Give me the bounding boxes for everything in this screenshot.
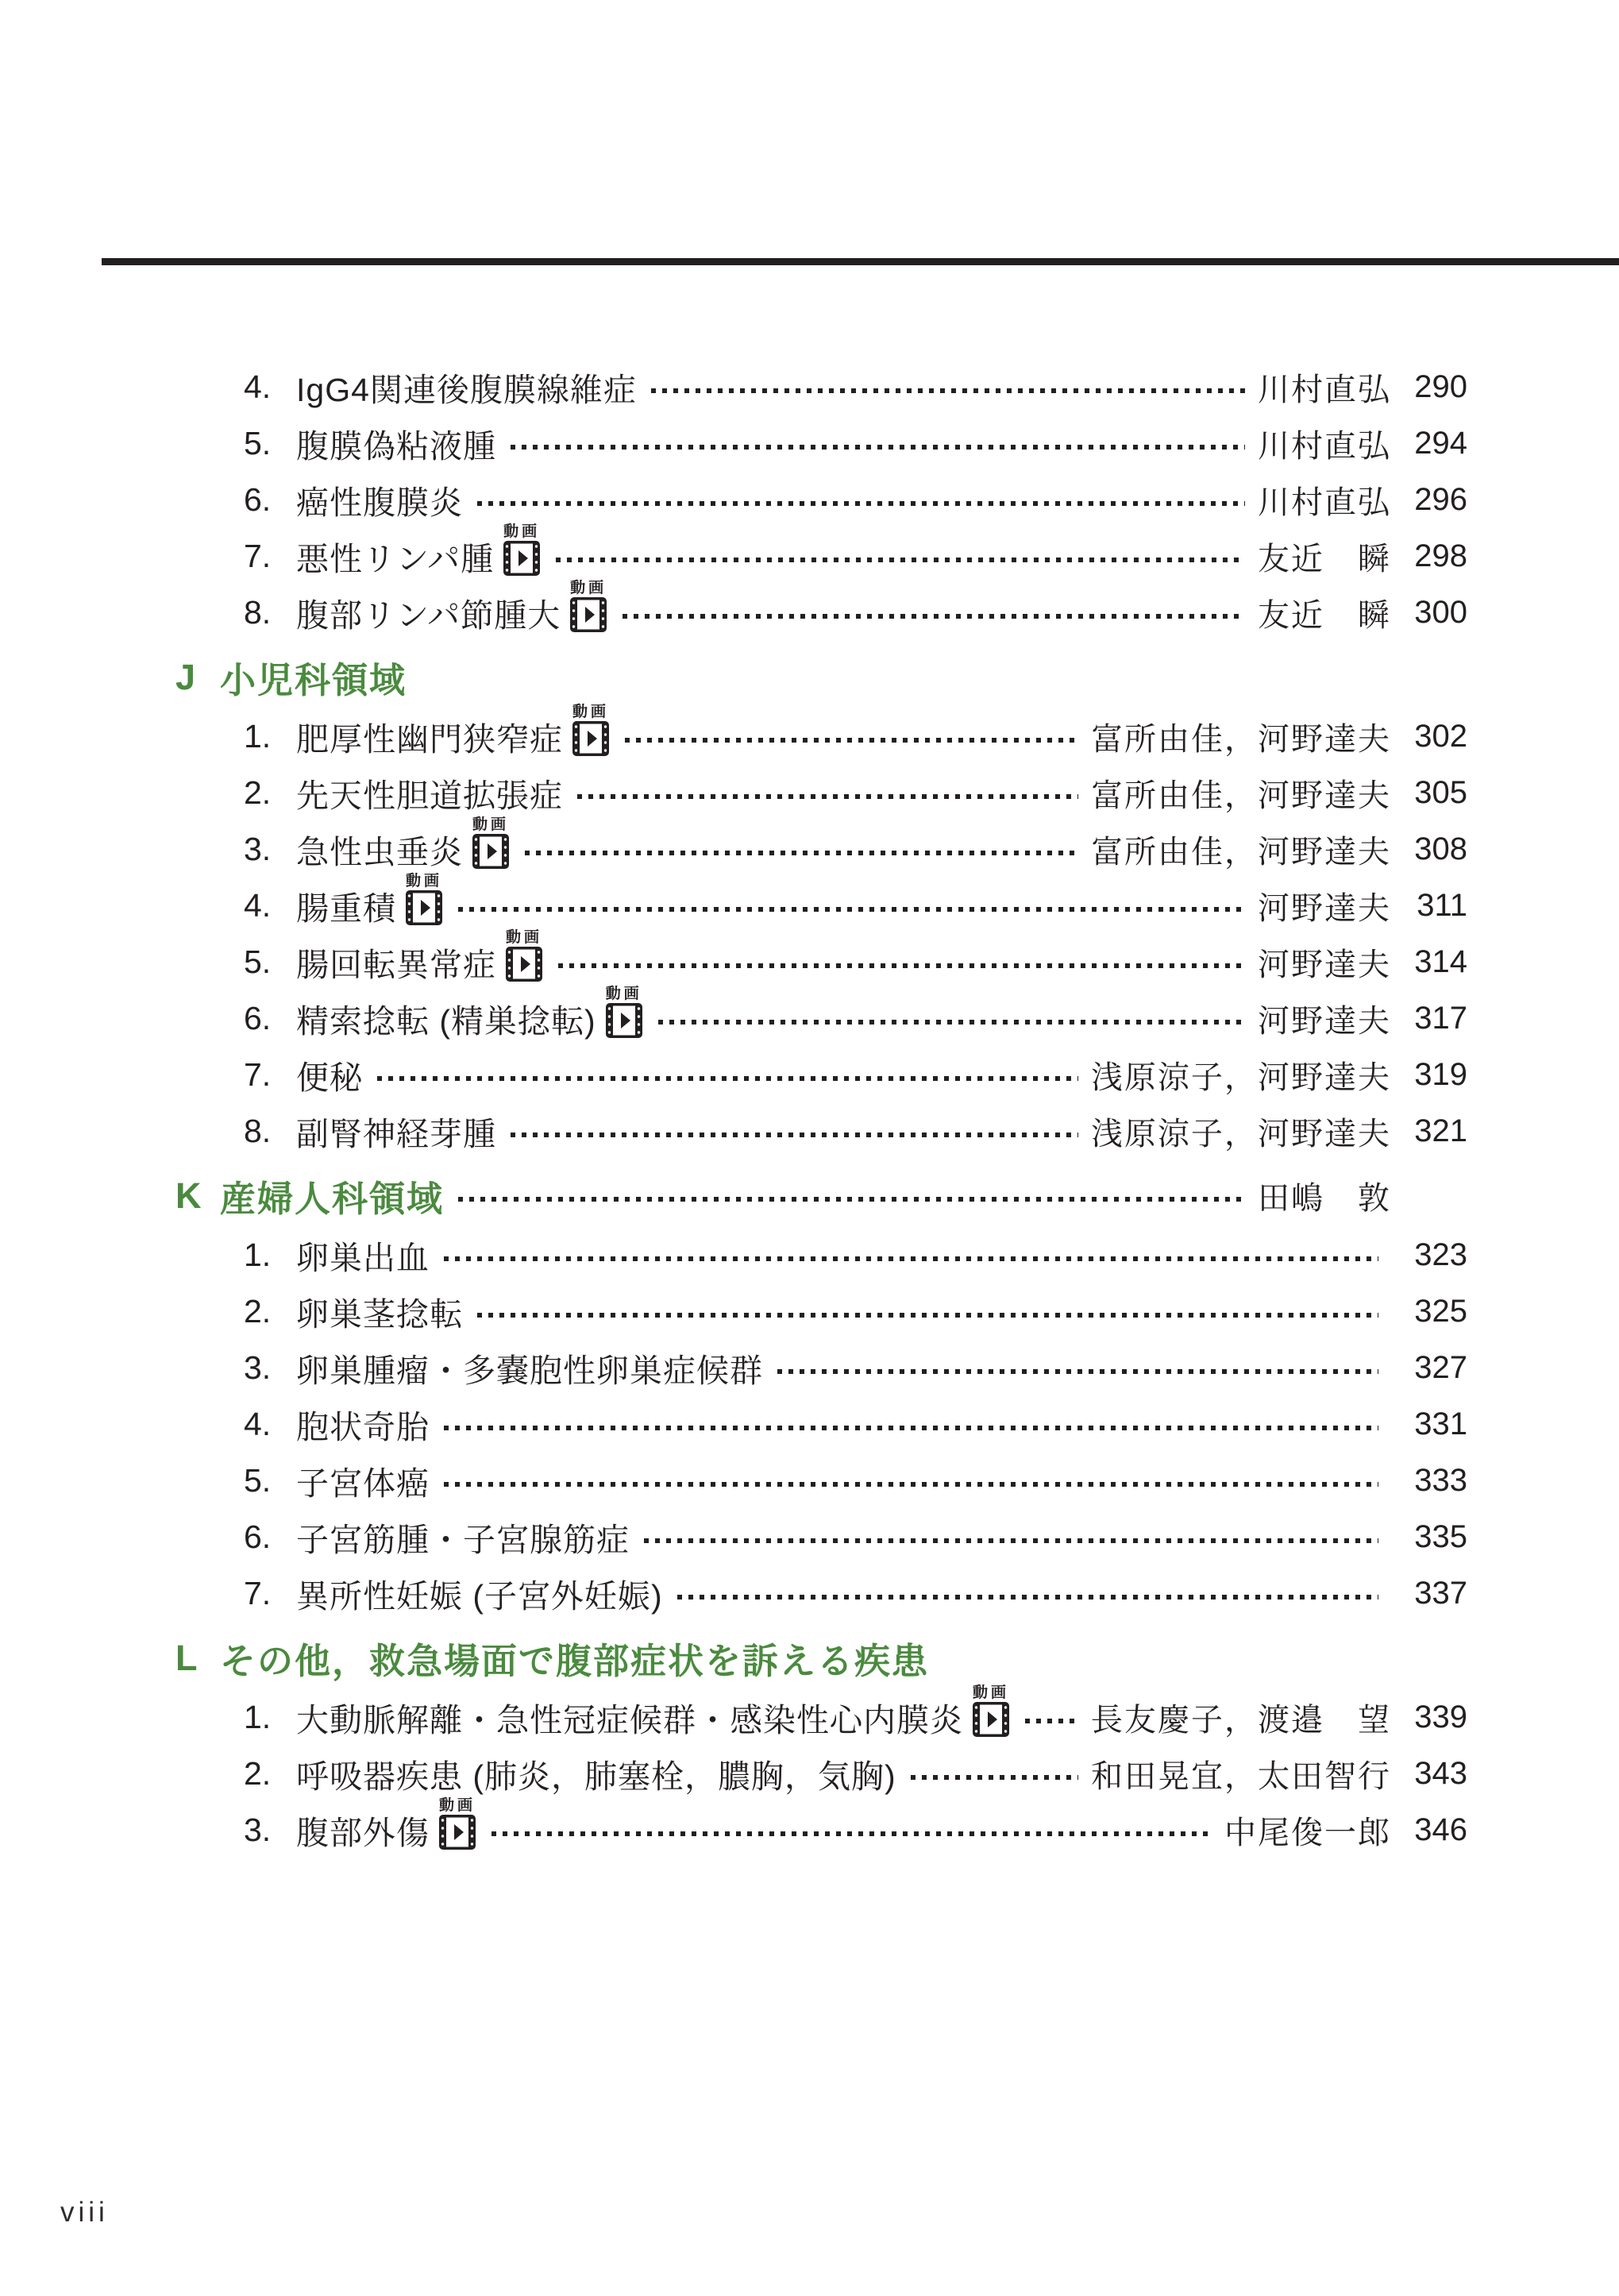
toc-item: 6. 精索捻転 (精巣捻転) 動画 河野達夫 317 [175,990,1467,1047]
dot-leader [644,1538,1378,1543]
item-title: 腹部外傷 [296,1807,430,1854]
item-page-number: 331 [1391,1407,1467,1442]
dot-leader [444,1256,1378,1261]
item-page-number: 317 [1391,1001,1467,1036]
item-authors: 河野達夫 [1258,883,1391,928]
item-title: 急性虫垂炎 [296,826,463,873]
video-icon-label: 動画 [439,1798,476,1813]
item-page-number: 290 [1391,369,1467,405]
toc-section-header: K 産婦人科領域 田嶋 敦 [175,1167,1467,1224]
film-frame-icon [439,1815,476,1850]
item-authors: 長友慶子，渡邉 望 [1091,1695,1391,1740]
video-icon-label: 動画 [472,817,509,832]
film-frame-icon [570,597,607,632]
toc-item: 1. 肥厚性幽門狭窄症 動画 富所由佳，河野達夫 302 [175,708,1467,765]
film-frame-icon [973,1702,1009,1737]
item-page-number: 300 [1391,595,1467,631]
toc-item: 7. 便秘 浅原涼子，河野達夫 319 [175,1047,1467,1103]
toc-section-header: J 小児科領域 [175,649,1467,705]
dot-leader [477,501,1245,506]
dot-leader [525,851,1078,855]
toc-page: { "page": { "folio": "viii", "video_badg… [0,0,1619,2296]
toc-item: 7. 悪性リンパ腫 動画 友近 瞬 298 [175,528,1467,585]
item-number: 2. [244,774,296,812]
video-icon-label: 動画 [606,986,642,1001]
item-number: 4. [244,369,296,406]
item-number: 6. [244,1518,296,1556]
toc-item: 2. 先天性胆道拡張症 富所由佳，河野達夫 305 [175,765,1467,821]
item-title: 肥厚性幽門狭窄症 [296,713,563,760]
toc-item: 4. IgG4関連後腹膜線維症 川村直弘 290 [175,359,1467,415]
dot-leader [458,907,1245,912]
item-page-number: 346 [1391,1812,1467,1848]
dot-leader [511,1133,1078,1137]
item-title: 先天性胆道拡張症 [296,770,563,816]
toc-item: 4. 胞状奇胎 331 [175,1396,1467,1453]
item-title: 卵巣出血 [296,1232,430,1279]
item-title: 卵巣腫瘤・多嚢胞性卵巣症候群 [296,1345,763,1391]
video-icon: 動画 [406,874,442,925]
item-number: 1. [244,1699,296,1736]
item-page-number: 308 [1391,832,1467,867]
item-page-number: 311 [1391,888,1467,924]
section-letter: K [175,1175,220,1217]
item-number: 1. [244,718,296,755]
video-icon: 動画 [503,524,540,576]
section-title: 小児科領域 [220,651,407,703]
film-frame-icon [606,1003,642,1038]
film-frame-icon [506,947,542,982]
video-icon: 動画 [472,817,509,869]
dot-leader [511,445,1245,450]
item-authors: 富所由佳，河野達夫 [1091,827,1391,872]
item-number: 5. [244,943,296,981]
dot-leader [377,1076,1078,1081]
item-authors: 富所由佳，河野達夫 [1091,714,1391,759]
item-title: 異所性妊娠 (子宮外妊娠) [296,1570,663,1617]
item-title: 副腎神経芽腫 [296,1108,496,1155]
item-number: 8. [244,1113,296,1150]
item-title: 便秘 [296,1052,363,1098]
item-number: 5. [244,425,296,462]
item-authors: 和田晃宜，太田智行 [1091,1751,1391,1796]
toc-item: 8. 腹部リンパ節腫大 動画 友近 瞬 300 [175,585,1467,641]
toc-item: 3. 腹部外傷 動画 中尾俊一郎 346 [175,1802,1467,1858]
section-letter: L [175,1638,220,1679]
item-title: 子宮体癌 [296,1457,430,1504]
item-number: 1. [244,1237,296,1274]
video-icon: 動画 [506,930,542,982]
item-page-number: 294 [1391,426,1467,461]
dot-leader [477,1313,1378,1318]
item-title: IgG4関連後腹膜線維症 [296,364,637,411]
toc-item: 5. 子宮体癌 333 [175,1453,1467,1509]
film-frame-icon [572,721,609,756]
item-number: 4. [244,1406,296,1443]
item-page-number: 302 [1391,719,1467,754]
page-folio: viii [60,2197,109,2228]
toc-item: 5. 腹膜偽粘液腫 川村直弘 294 [175,415,1467,472]
item-number: 6. [244,481,296,519]
video-icon: 動画 [973,1685,1009,1737]
item-number: 3. [244,1812,296,1849]
item-number: 3. [244,831,296,868]
item-authors: 浅原涼子，河野達夫 [1091,1052,1391,1098]
item-page-number: 339 [1391,1700,1467,1735]
item-number: 7. [244,1056,296,1094]
video-icon: 動画 [606,986,642,1038]
item-number: 3. [244,1349,296,1387]
item-title: 呼吸器疾患 (肺炎，肺塞栓，膿胸，気胸) [296,1750,896,1797]
toc-item: 3. 急性虫垂炎 動画 富所由佳，河野達夫 308 [175,821,1467,878]
item-number: 2. [244,1755,296,1792]
film-frame-icon [406,890,442,925]
item-authors: 中尾俊一郎 [1224,1808,1391,1853]
video-icon-label: 動画 [506,930,542,945]
item-page-number: 314 [1391,944,1467,980]
toc-item: 5. 腸回転異常症 動画 河野達夫 314 [175,934,1467,990]
item-title: 腸重積 [296,882,396,929]
dot-leader [1025,1719,1078,1723]
item-page-number: 305 [1391,775,1467,811]
video-icon: 動画 [572,704,609,756]
item-page-number: 323 [1391,1237,1467,1273]
item-authors: 富所由佳，河野達夫 [1091,770,1391,816]
video-icon: 動画 [570,581,607,632]
toc-item: 6. 癌性腹膜炎 川村直弘 296 [175,472,1467,528]
item-page-number: 298 [1391,538,1467,574]
toc-item: 1. 大動脈解離・急性冠症候群・感染性心内膜炎 動画 長友慶子，渡邉 望 339 [175,1689,1467,1746]
toc-item: 3. 卵巣腫瘤・多嚢胞性卵巣症候群 327 [175,1340,1467,1396]
item-page-number: 333 [1391,1463,1467,1499]
item-page-number: 327 [1391,1350,1467,1386]
dot-leader [658,1020,1245,1025]
item-title: 子宮筋腫・子宮腺筋症 [296,1514,630,1561]
section-title: その他，救急場面で腹部症状を訴える疾患 [220,1632,929,1684]
item-number: 2. [244,1293,296,1330]
dot-leader [458,1197,1245,1202]
item-page-number: 325 [1391,1294,1467,1329]
film-frame-icon [503,541,540,576]
item-page-number: 337 [1391,1576,1467,1611]
page-top-rule [102,258,1619,265]
film-frame-icon [472,834,509,869]
dot-leader [558,963,1245,968]
dot-leader [444,1426,1378,1430]
item-page-number: 321 [1391,1113,1467,1149]
dot-leader [623,614,1245,619]
item-page-number: 296 [1391,482,1467,518]
item-authors: 川村直弘 [1258,365,1391,410]
video-icon-label: 動画 [406,874,442,889]
dot-leader [491,1831,1212,1836]
item-number: 4. [244,887,296,924]
toc-item: 6. 子宮筋腫・子宮腺筋症 335 [175,1509,1467,1565]
dot-leader [911,1775,1078,1780]
item-authors: 友近 瞬 [1258,534,1391,579]
dot-leader [577,794,1078,799]
item-number: 7. [244,538,296,575]
item-title: 胞状奇胎 [296,1401,430,1448]
item-number: 7. [244,1575,296,1612]
video-icon-label: 動画 [572,704,609,720]
toc-section-header: L その他，救急場面で腹部症状を訴える疾患 [175,1630,1467,1686]
item-title: 腹部リンパ節腫大 [296,589,561,636]
toc-item: 1. 卵巣出血 323 [175,1227,1467,1283]
toc-item: 2. 呼吸器疾患 (肺炎，肺塞栓，膿胸，気胸) 和田晃宜，太田智行 343 [175,1746,1467,1802]
toc-item: 7. 異所性妊娠 (子宮外妊娠) 337 [175,1565,1467,1622]
dot-leader [651,388,1245,393]
section-letter: J [175,657,220,698]
item-title: 腹膜偽粘液腫 [296,420,496,467]
section-title: 産婦人科領域 [220,1170,444,1221]
item-page-number: 335 [1391,1519,1467,1555]
section-authors: 田嶋 敦 [1258,1173,1391,1218]
item-title: 精索捻転 (精巣捻転) [296,995,596,1042]
dot-leader [556,558,1245,562]
dot-leader [444,1482,1378,1487]
toc-item: 2. 卵巣茎捻転 325 [175,1283,1467,1340]
item-authors: 河野達夫 [1258,996,1391,1041]
dot-leader [625,738,1078,743]
item-number: 5. [244,1462,296,1499]
video-icon-label: 動画 [570,581,607,596]
toc-item: 8. 副腎神経芽腫 浅原涼子，河野達夫 321 [175,1103,1467,1160]
item-page-number: 343 [1391,1756,1467,1792]
item-authors: 河野達夫 [1258,940,1391,985]
table-of-contents: 4. IgG4関連後腹膜線維症 川村直弘 290 5. 腹膜偽粘液腫 [175,359,1467,1858]
dot-leader [777,1369,1378,1374]
dot-leader [677,1595,1378,1599]
video-icon-label: 動画 [503,524,540,539]
item-authors: 友近 瞬 [1258,590,1391,635]
item-page-number: 319 [1391,1057,1467,1093]
item-title: 大動脈解離・急性冠症候群・感染性心内膜炎 [296,1694,963,1741]
item-title: 腸回転異常症 [296,939,496,986]
item-title: 癌性腹膜炎 [296,477,463,523]
item-title: 悪性リンパ腫 [296,533,494,580]
item-number: 6. [244,1000,296,1037]
item-authors: 川村直弘 [1258,421,1391,466]
video-icon-label: 動画 [973,1685,1009,1700]
video-icon: 動画 [439,1798,476,1850]
item-authors: 浅原涼子，河野達夫 [1091,1109,1391,1154]
item-number: 8. [244,594,296,631]
item-title: 卵巣茎捻転 [296,1288,463,1335]
toc-item: 4. 腸重積 動画 河野達夫 311 [175,878,1467,934]
item-authors: 川村直弘 [1258,477,1391,523]
